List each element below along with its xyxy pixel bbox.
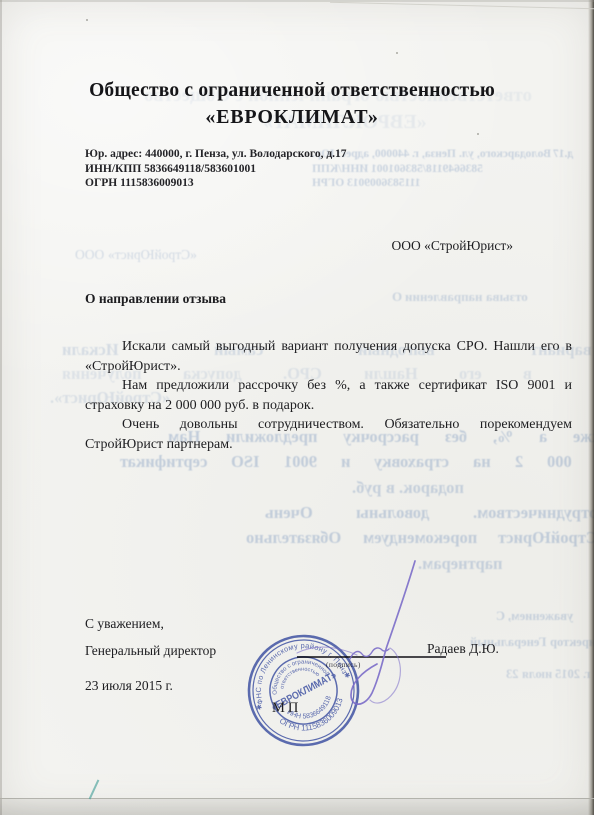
ogrn: ОГРН 1115836009013	[85, 176, 347, 191]
body-paragraph: Нам предложили рассрочку без %, а также …	[85, 376, 572, 415]
company-name-line1: Общество с ограниченной ответственностью	[57, 80, 527, 102]
legal-address: Юр. адрес: 440000, г. Пенза, ул. Володар…	[85, 147, 347, 162]
recipient: ООО «СтройЮрист»	[300, 238, 513, 254]
bleedthrough-closing-line: С уважением,	[496, 609, 573, 624]
letter-date: 23 июля 2015 г.	[85, 678, 173, 694]
letter-body: Искали самый выгодный вариант получения …	[85, 337, 572, 455]
bleedthrough-body-line: руб. в подарок.	[352, 478, 487, 498]
inn-kpp: ИНН/КПП 5836649118/583601001	[85, 162, 347, 177]
scan-fold-line	[330, 2, 594, 9]
body-paragraph: Очень довольны сотрудничеством. Обязател…	[85, 415, 572, 454]
scan-speck	[396, 52, 398, 54]
scan-edge-top	[0, 0, 594, 2]
bleedthrough-closing-line: 23 июля 2015 г.	[506, 667, 591, 682]
pen-slash-mark	[89, 780, 100, 800]
seal-placeholder-mp: МП	[272, 700, 301, 717]
company-requisites-block: Юр. адрес: 440000, г. Пенза, ул. Володар…	[85, 147, 347, 191]
bleedthrough-address-line: Юр. адрес: 440000, г. Пенза, ул. Володар…	[312, 148, 574, 160]
bleedthrough-recipient: ООО «СтройЮрист»	[75, 247, 196, 263]
scan-edge-right	[588, 0, 594, 815]
bleedthrough-body-line: сертификат ISO 9001 и страховку на 2 000…	[120, 452, 594, 472]
scanned-letter-page: { "letter": { "company_name_line1": "Общ…	[0, 0, 594, 815]
body-paragraph: Искали самый выгодный вариант получения …	[85, 337, 572, 376]
company-round-stamp: ИФНС по Ленинскому району г. Пензы ОГРН …	[242, 629, 365, 752]
bleedthrough-body-line: Очень довольны сотрудничеством.	[265, 503, 594, 523]
signatory-position: Генеральный директор	[85, 643, 216, 659]
stamp-rings: ИФНС по Ленинскому району г. Пензы ОГРН …	[242, 629, 365, 752]
closing-salutation: С уважением,	[85, 616, 164, 632]
scan-speck	[477, 133, 479, 135]
bleedthrough-body-line: Обязательно порекомендуем СтройЮрист	[246, 528, 594, 548]
scan-paper-edge-bottom	[0, 798, 594, 815]
bleedthrough-subject: О направлении отзыва	[392, 289, 528, 305]
scan-speck	[86, 19, 88, 21]
subject-line: О направлении отзыва	[85, 291, 226, 307]
scan-edge-left	[0, 0, 2, 815]
signatory-name: Радаев Д.Ю.	[427, 641, 499, 657]
company-name-line2: «ЕВРОКЛИМАТ»	[57, 106, 527, 129]
bleedthrough-body-line: партнерам.	[418, 554, 518, 574]
